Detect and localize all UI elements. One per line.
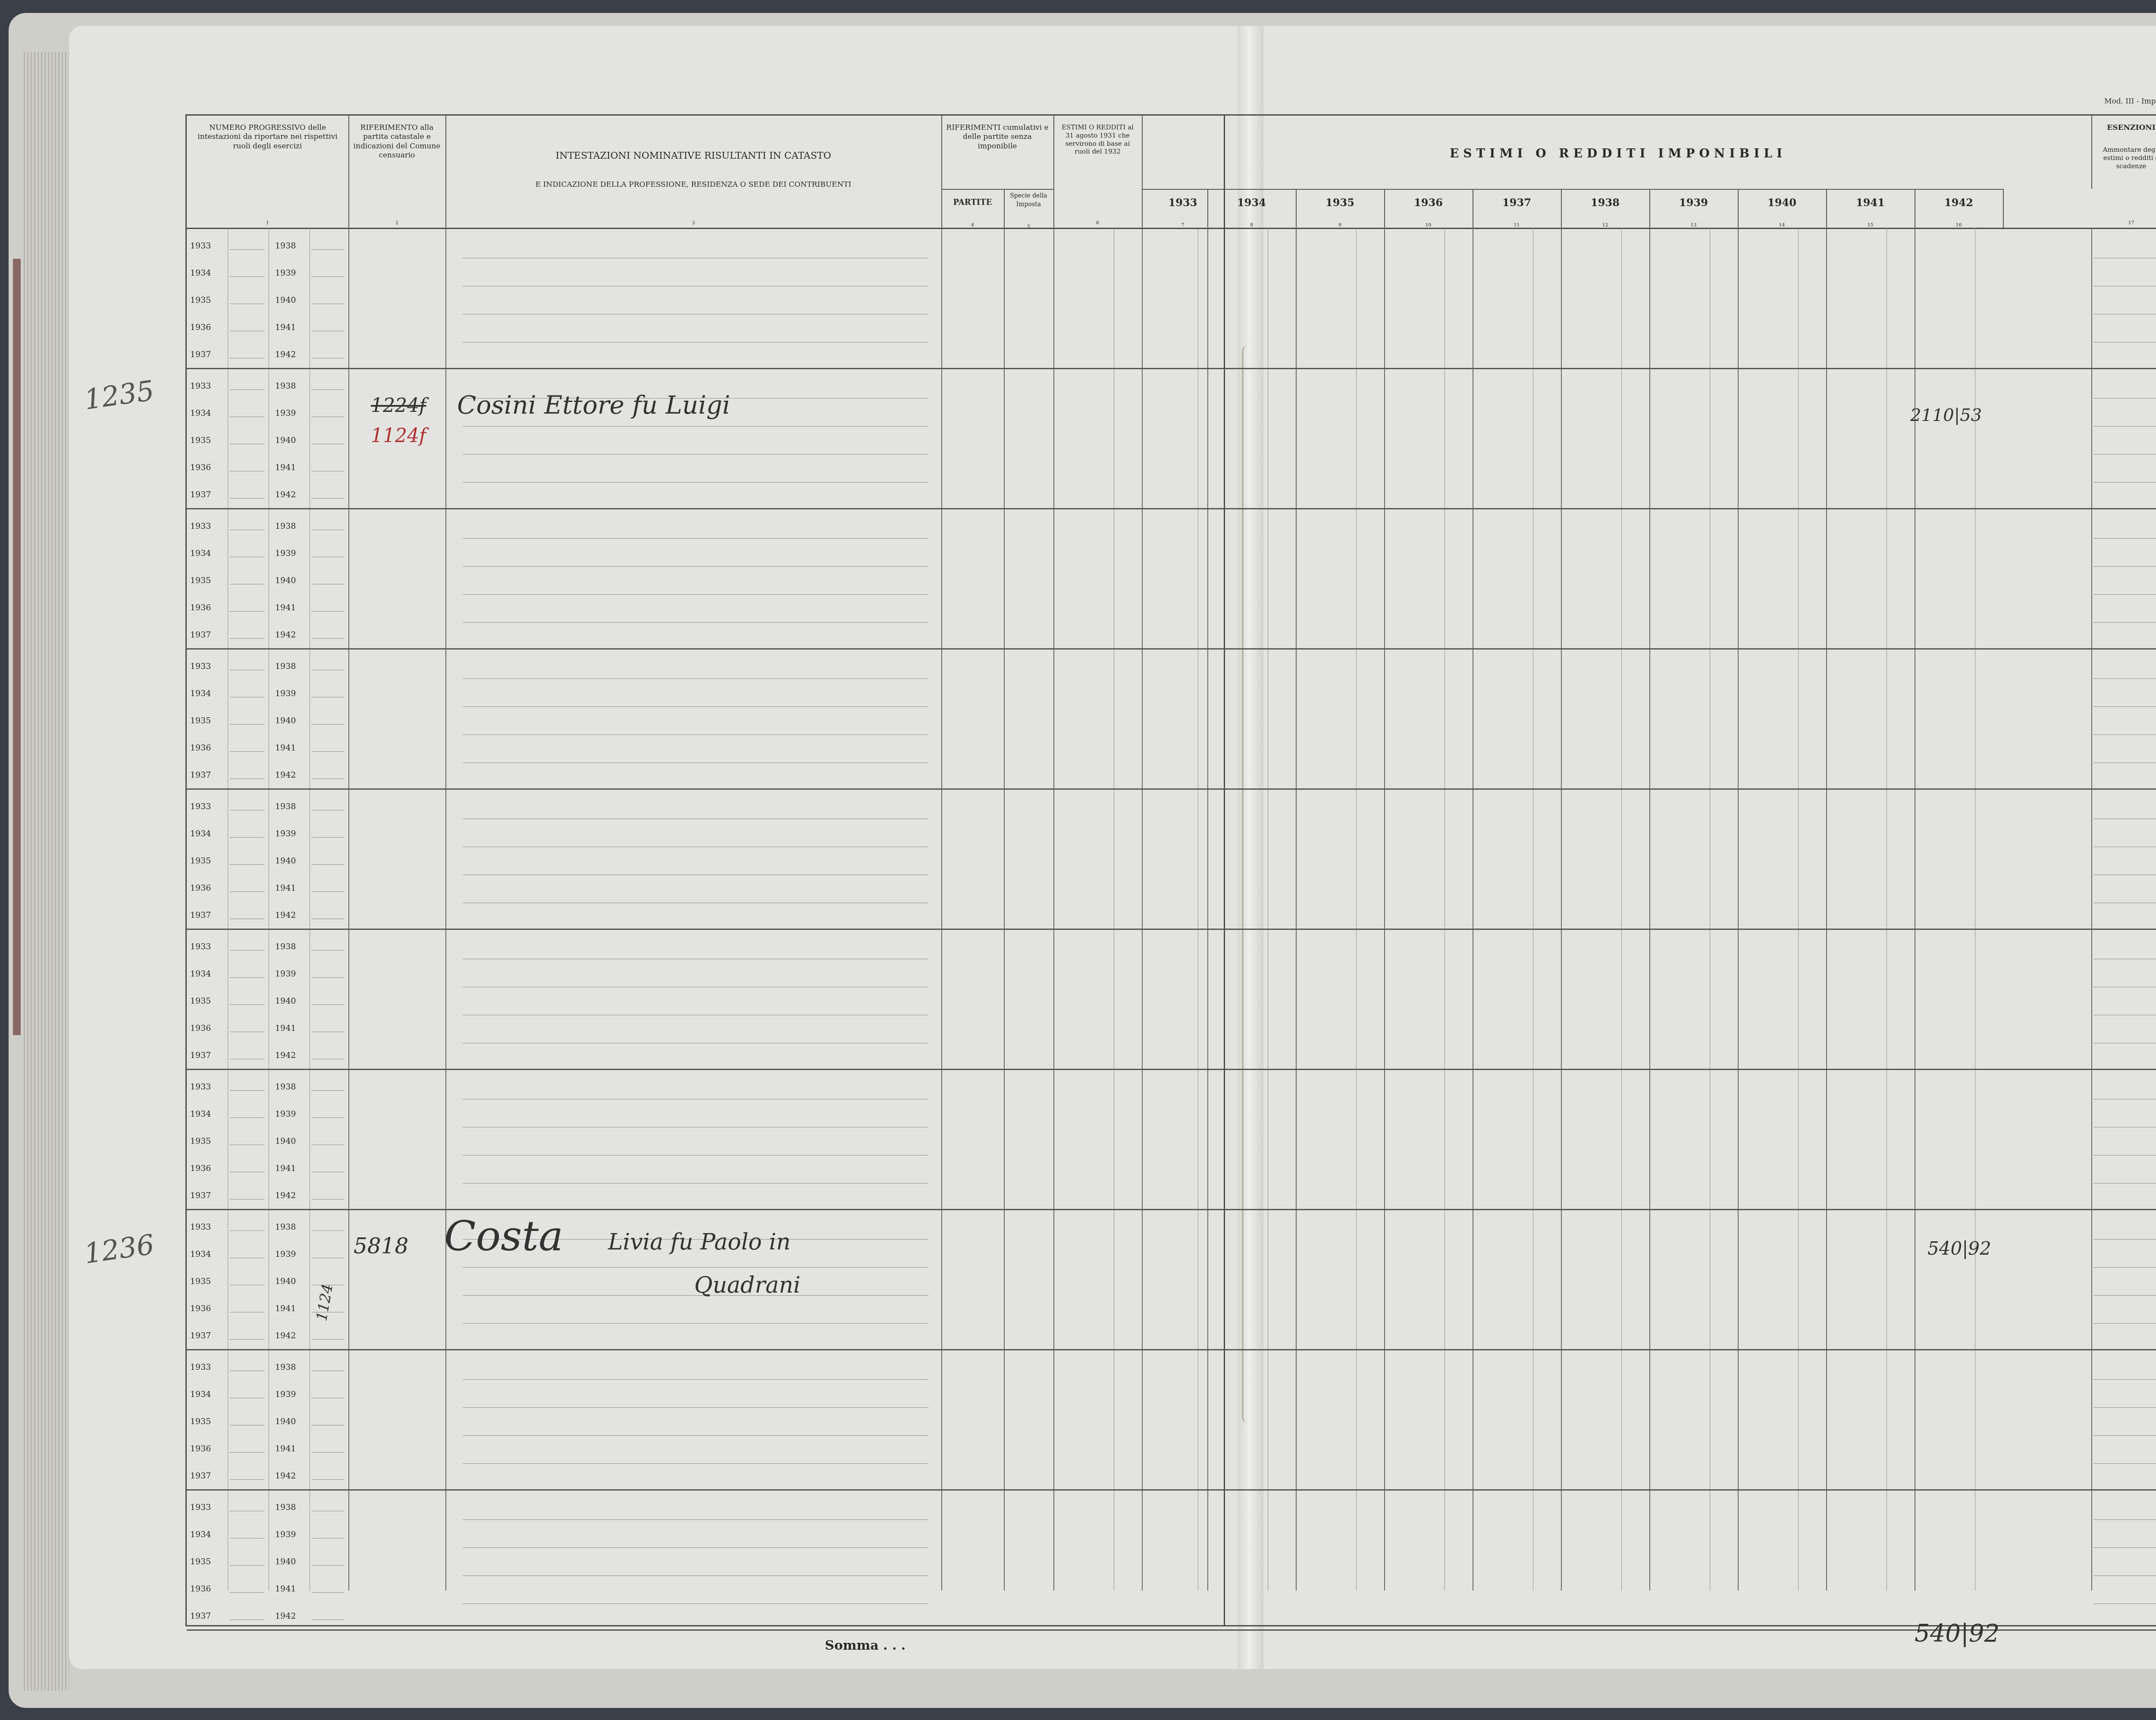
row-year-left: 1937 [190, 621, 211, 649]
entry-name-cosini: Cosini Ettore fu Luigi [457, 390, 730, 420]
header-col-riferimenti: RIFERIMENTI cumulativi e delle partite s… [941, 116, 1054, 189]
record-block-right [1145, 1209, 2156, 1350]
row-year-right: 1941 [275, 594, 296, 622]
row-year-left: 1935 [190, 847, 211, 875]
row-year-right: 1942 [275, 621, 296, 649]
row-year-left: 1936 [190, 1435, 211, 1463]
row-year-right: 1942 [275, 481, 296, 509]
record-block-right [1145, 788, 2156, 930]
record-block-right [1145, 1349, 2156, 1491]
row-year-right: 1942 [275, 1042, 296, 1070]
header-year: 193711 [1473, 189, 1562, 229]
row-year-left: 1937 [190, 1042, 211, 1070]
row-year-right: 1940 [275, 707, 296, 735]
record-block: 1933193819341939193519401936194119371942 [187, 1349, 1224, 1491]
record-block: 1933193819341939193519401936194119371942 [187, 368, 1224, 509]
record-block: 1933193819341939193519401936194119371942 [187, 228, 1224, 369]
record-block-right [1145, 929, 2156, 1070]
row-year-left: 1934 [190, 1521, 211, 1549]
row-year-right: 1940 [275, 847, 296, 875]
row-year-left: 1934 [190, 1240, 211, 1268]
row-year-left: 1937 [190, 1322, 211, 1350]
record-block: 1933193819341939193519401936194119371942 [187, 508, 1224, 650]
row-year-right: 1942 [275, 341, 296, 369]
row-year-right: 1941 [275, 454, 296, 482]
row-year-right: 1941 [275, 1435, 296, 1463]
row-year-left: 1936 [190, 1295, 211, 1323]
header-col-specie: Specie della Imposta 5 [1004, 189, 1054, 230]
header-esenzioni: ESENZIONI Ammontare degli estimi o reddi… [2091, 116, 2156, 228]
header-col-progressive: NUMERO PROGRESSIVO delle intestazioni da… [187, 116, 349, 228]
header-year: 193610 [1384, 189, 1473, 229]
reference-5818: 5818 [354, 1234, 408, 1259]
entry-1941-value-costa: 540|92 [1927, 1238, 1991, 1259]
row-year-right: 1938 [275, 1213, 296, 1241]
row-year-left: 1936 [190, 734, 211, 762]
row-year-left: 1935 [190, 567, 211, 595]
row-year-right: 1938 [275, 512, 296, 540]
row-year-right: 1941 [275, 1575, 296, 1603]
row-year-right: 1940 [275, 567, 296, 595]
record-block: 1933193819341939193519401936194119371942 [187, 788, 1224, 930]
row-year-right: 1939 [275, 540, 296, 568]
row-year-left: 1935 [190, 1408, 211, 1436]
form-code: Mod. III - Imposte Dirette (Intercalare)… [2104, 97, 2156, 106]
row-year-left: 1934 [190, 960, 211, 988]
row-year-right: 1942 [275, 1182, 296, 1210]
row-year-left: 1937 [190, 901, 211, 929]
row-year-right: 1940 [275, 1548, 296, 1576]
entry-name-livia: Livia fu Paolo in [608, 1229, 791, 1255]
header-col-reference: RIFERIMENTO alla partita catastale e ind… [348, 116, 446, 228]
record-block-right [1145, 648, 2156, 790]
row-year-left: 1935 [190, 707, 211, 735]
record-block-right [1145, 228, 2156, 369]
row-year-left: 1933 [190, 1213, 211, 1241]
row-year-right: 1938 [275, 372, 296, 400]
row-year-left: 1935 [190, 1548, 211, 1576]
row-year-right: 1939 [275, 680, 296, 708]
row-year-left: 1937 [190, 341, 211, 369]
row-year-left: 1933 [190, 512, 211, 540]
row-year-right: 1940 [275, 427, 296, 455]
row-year-left: 1935 [190, 1127, 211, 1155]
row-year-right: 1942 [275, 1322, 296, 1350]
somma-label: Somma . . . [825, 1638, 906, 1653]
header-col-intestazioni: INTESTAZIONI NOMINATIVE RISULTANTI IN CA… [445, 116, 942, 228]
record-block: 1933193819341939193519401936194119371942 [187, 648, 1224, 790]
row-year-left: 1933 [190, 232, 211, 260]
record-block-right [1145, 1489, 2156, 1631]
row-year-left: 1934 [190, 399, 211, 427]
row-year-left: 1936 [190, 454, 211, 482]
row-year-left: 1937 [190, 481, 211, 509]
row-year-right: 1941 [275, 1155, 296, 1183]
row-year-right: 1940 [275, 1408, 296, 1436]
row-year-right: 1939 [275, 399, 296, 427]
row-year-left: 1937 [190, 1602, 211, 1630]
row-year-right: 1938 [275, 933, 296, 961]
somma-1941-value: 540|92 [1915, 1620, 1999, 1648]
record-block-right [1145, 368, 2156, 509]
row-year-left: 1934 [190, 1100, 211, 1128]
record-block: 1933193819341939193519401936194119371942 [187, 1069, 1224, 1210]
row-year-right: 1938 [275, 1494, 296, 1522]
row-year-right: 1941 [275, 314, 296, 342]
row-year-right: 1939 [275, 1381, 296, 1409]
row-year-left: 1934 [190, 540, 211, 568]
row-year-right: 1938 [275, 232, 296, 260]
row-year-left: 1937 [190, 1462, 211, 1490]
row-year-right: 1940 [275, 1268, 296, 1296]
header-year: 19348 [1207, 189, 1297, 229]
entry-1941-value-cosini: 2110|53 [1910, 405, 1982, 425]
header-year: 194115 [1826, 189, 1915, 229]
row-year-right: 1939 [275, 1100, 296, 1128]
header-estimi: ESTIMI O REDDITI IMPONIBILI [1145, 116, 2092, 189]
row-year-left: 1933 [190, 793, 211, 821]
header-year: 194014 [1738, 189, 1827, 229]
row-year-right: 1938 [275, 793, 296, 821]
red-binding [13, 259, 21, 1035]
row-year-right: 1941 [275, 1295, 296, 1323]
row-year-right: 1939 [275, 259, 296, 287]
header-col-partite: PARTITE 4 [941, 189, 1005, 229]
row-year-right: 1938 [275, 1073, 296, 1101]
row-year-left: 1934 [190, 1381, 211, 1409]
left-ledger-table: NUMERO PROGRESSIVO delle intestazioni da… [185, 114, 1225, 1626]
row-year-right: 1942 [275, 901, 296, 929]
row-year-left: 1936 [190, 1014, 211, 1042]
row-year-right: 1941 [275, 874, 296, 902]
row-year-right: 1941 [275, 1014, 296, 1042]
row-year-left: 1935 [190, 1268, 211, 1296]
row-year-right: 1939 [275, 1521, 296, 1549]
row-year-right: 1940 [275, 1127, 296, 1155]
right-ledger-table: ESTIMI O REDDITI IMPONIBILI 193481935919… [1145, 114, 2156, 1626]
entry-name-quadrani: Quadrani [694, 1272, 800, 1298]
header-col-estimi-1931: ESTIMI O REDDITI al 31 agosto 1931 che s… [1053, 116, 1143, 228]
row-year-left: 1935 [190, 427, 211, 455]
row-year-left: 1933 [190, 1073, 211, 1101]
row-year-left: 1936 [190, 594, 211, 622]
row-year-right: 1940 [275, 987, 296, 1015]
row-year-right: 1939 [275, 820, 296, 848]
record-block: 1933193819341939193519401936194119371942 [187, 1489, 1224, 1631]
row-year-right: 1940 [275, 286, 296, 314]
row-year-left: 1933 [190, 372, 211, 400]
row-year-right: 1942 [275, 1462, 296, 1490]
row-year-left: 1936 [190, 1575, 211, 1603]
row-year-right: 1942 [275, 1602, 296, 1630]
entry-surname-costa: Costa [444, 1212, 563, 1260]
row-year-left: 1934 [190, 820, 211, 848]
row-year-left: 1933 [190, 653, 211, 681]
row-year-right: 1939 [275, 1240, 296, 1268]
reference-struck: 1224f [371, 395, 426, 417]
row-year-right: 1938 [275, 1353, 296, 1381]
row-year-right: 1938 [275, 653, 296, 681]
record-block-right [1145, 1069, 2156, 1210]
row-year-left: 1936 [190, 874, 211, 902]
row-year-left: 1933 [190, 1494, 211, 1522]
row-year-left: 1933 [190, 933, 211, 961]
row-year-right: 1941 [275, 734, 296, 762]
row-year-right: 1939 [275, 960, 296, 988]
row-year-left: 1935 [190, 987, 211, 1015]
row-year-left: 1935 [190, 286, 211, 314]
row-year-left: 1936 [190, 314, 211, 342]
row-year-left: 1937 [190, 761, 211, 789]
row-year-left: 1933 [190, 1353, 211, 1381]
row-year-left: 1934 [190, 680, 211, 708]
header-year: 193913 [1649, 189, 1739, 229]
record-block: 1933193819341939193519401936194119371942 [187, 929, 1224, 1070]
header-year: 194216 [1915, 189, 2004, 229]
row-year-left: 1934 [190, 259, 211, 287]
row-year-left: 1936 [190, 1155, 211, 1183]
row-year-left: 1937 [190, 1182, 211, 1210]
row-year-right: 1942 [275, 761, 296, 789]
record-block-right [1145, 508, 2156, 650]
header-year: 193812 [1561, 189, 1650, 229]
reference-red: 1124f [371, 425, 426, 447]
left-page-stack [22, 52, 69, 1691]
header-year: 19359 [1296, 189, 1385, 229]
